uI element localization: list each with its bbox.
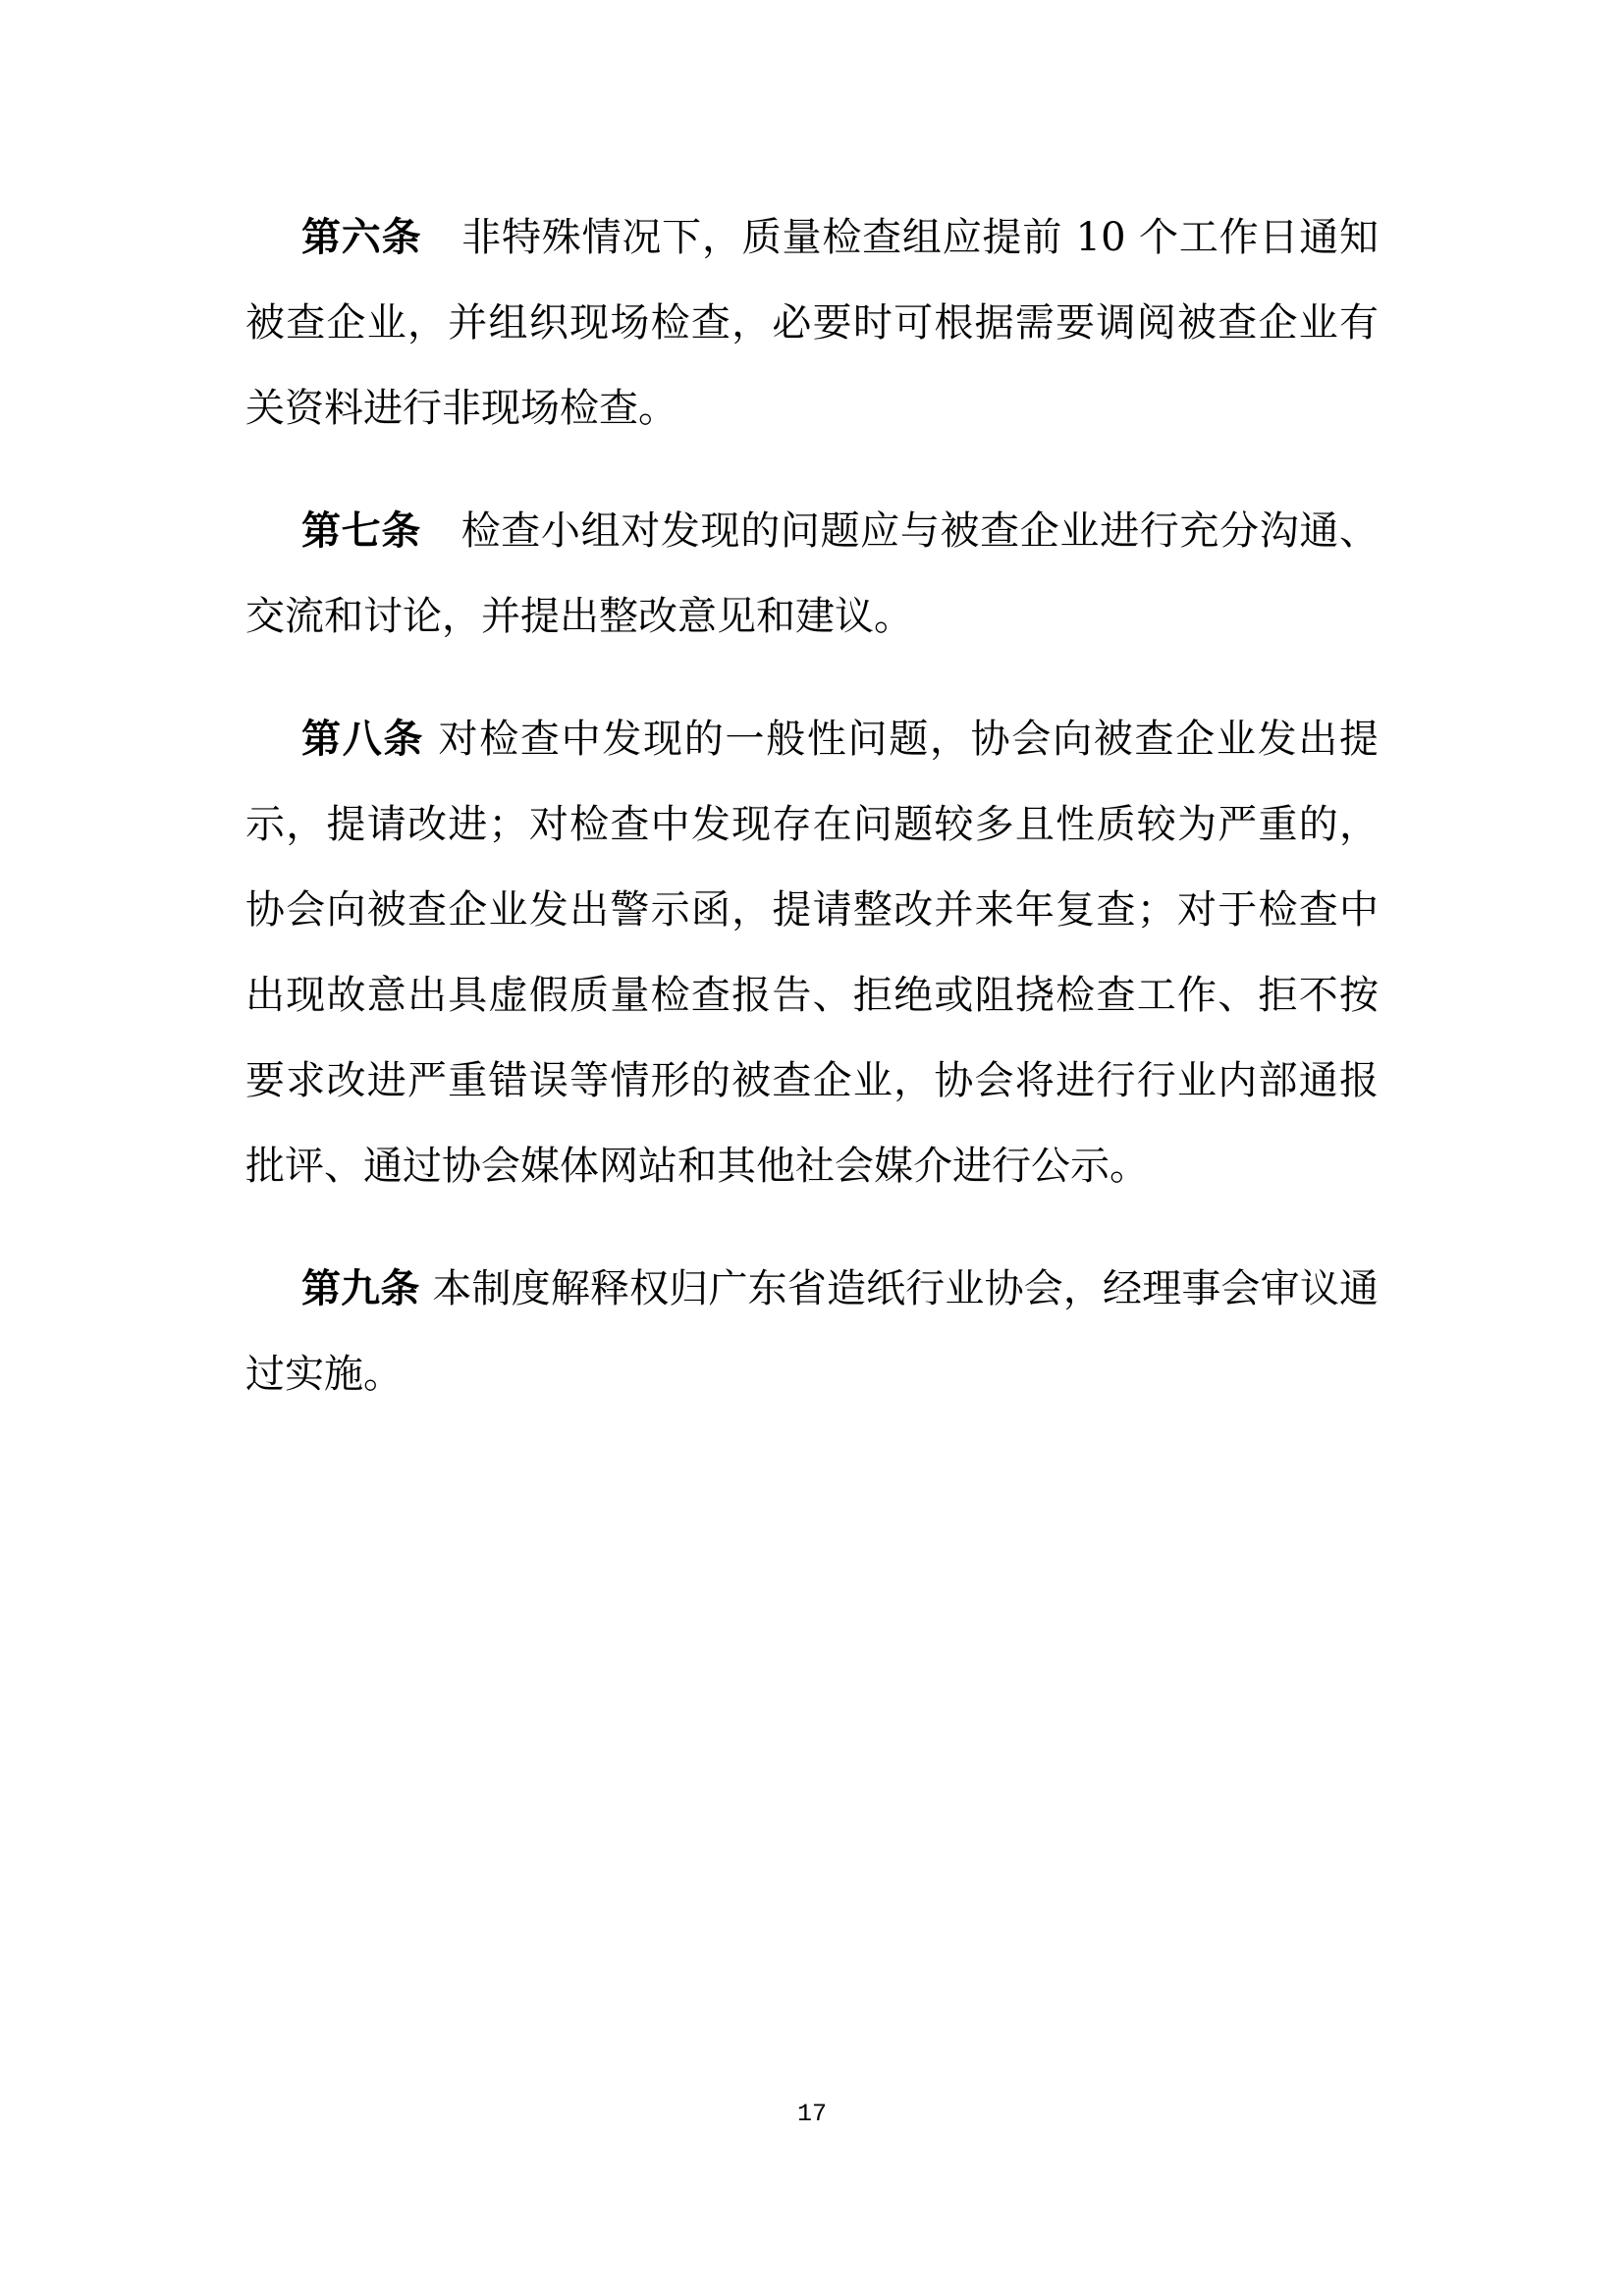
article-paragraph-7: 第七条 检查小组对发现的问题应与被查企业进行充分沟通、交流和讨论，并提出整改意见… bbox=[245, 488, 1379, 660]
article-paragraph-8: 第八条 对检查中发现的一般性问题，协会向被查企业发出提示，提请改进；对检查中发现… bbox=[245, 696, 1379, 1209]
article-paragraph-9: 第九条 本制度解释权归广东省造纸行业协会，经理事会审议通过实施。 bbox=[245, 1246, 1379, 1417]
article-6-number: 第六条 bbox=[301, 214, 421, 260]
article-7-number: 第七条 bbox=[301, 507, 421, 554]
article-8-text: 对检查中发现的一般性问题，协会向被查企业发出提示，提请改进；对检查中发现存在问题… bbox=[245, 717, 1379, 1189]
article-9-number: 第九条 bbox=[301, 1265, 419, 1311]
article-paragraph-6: 第六条 非特殊情况下，质量检查组应提前 10 个工作日通知被查企业，并组织现场检… bbox=[245, 194, 1379, 452]
article-8-number: 第八条 bbox=[301, 716, 424, 762]
document-body: 第六条 非特殊情况下，质量检查组应提前 10 个工作日通知被查企业，并组织现场检… bbox=[245, 194, 1379, 1417]
document-page: 第六条 非特殊情况下，质量检查组应提前 10 个工作日通知被查企业，并组织现场检… bbox=[0, 0, 1624, 2296]
page-footer: 17 bbox=[0, 2100, 1624, 2129]
page-number: 17 bbox=[797, 2100, 827, 2128]
